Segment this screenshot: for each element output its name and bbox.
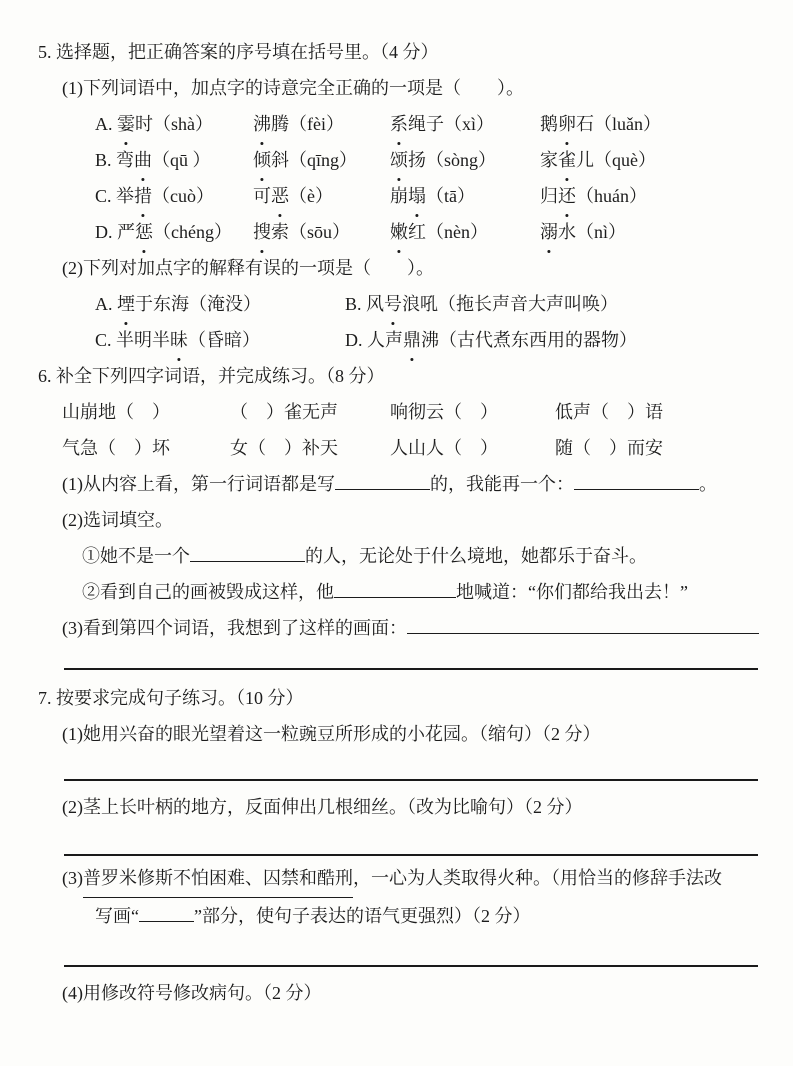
text-segment: D. 人声 [345,322,403,358]
q6-3-answer-line [64,668,758,670]
row-cell: 气急（ ）坏 [62,430,230,466]
q5-1-stem: (1)下列词语中，加点字的诗意完全正确的一项是（ ）。 [0,70,793,106]
text-segment: 石（luǎn） [576,106,661,142]
text-segment: B. 弯 [95,142,134,178]
text-segment: 时（shà） [135,106,213,142]
text-segment: 索（sōu） [271,214,350,250]
q7-1-answer-line [64,779,758,781]
text-segment: C. 半明半 [95,322,170,358]
dotted-text: 雀 [558,142,576,178]
text-segment: ②看到自己的画被毁成这样，他 [82,574,334,610]
text-segment: 响彻云（ ） [390,394,498,430]
exam-page: 5. 选择题，把正确答案的序号填在括号里。（4 分）(1)下列词语中，加点字的诗… [0,0,793,1066]
row-cell: 嫩红（nèn） [390,214,540,250]
text-segment: (2)下列对加点字的解释有误的一项是（ ）。 [62,250,434,286]
answer-blank [190,545,305,562]
text-segment: 女（ ）补天 [230,430,338,466]
text-segment: （è） [289,178,333,214]
q6-2-item-2: ②看到自己的画被毁成这样，他地喊道：“你们都给我出去！” [0,574,793,610]
answer-blank [334,581,456,598]
row-cell: 归还（huán） [540,178,759,214]
text-segment: 随（ ）而安 [555,430,663,466]
dotted-text: 号 [384,286,402,322]
text-segment: 扬（sòng） [408,142,496,178]
text-segment: D. 严 [95,214,135,250]
text-segment: 低声（ ）语 [555,394,663,430]
dotted-text: 昧 [170,322,188,358]
text-segment: 沸（古代煮东西用的器物） [421,322,637,358]
row-cell: 家雀儿（què） [540,142,759,178]
text-segment: B. 风 [345,286,384,322]
text-segment: 水（nì） [558,214,626,250]
row-cell: B. 风号浪吼（拖长声音大声叫唤） [345,286,759,322]
text-segment: (1)从内容上看，第一行词语都是写 [62,466,335,502]
text-segment: 儿（què） [576,142,656,178]
text-segment: 写画“ [95,898,139,934]
dotted-text: 系 [390,106,408,142]
text-segment: ①她不是一个 [82,538,190,574]
text-segment: 5. 选择题，把正确答案的序号填在括号里。（4 分） [38,34,439,70]
dotted-text: 霎 [117,106,135,142]
row-cell: 随（ ）而安 [555,430,759,466]
dotted-text: 曲 [134,142,152,178]
q5-1-option-c: C. 举措（cuò）可恶（è）崩塌（tā）归还（huán） [0,178,793,214]
text-segment: 家 [540,142,558,178]
text-segment: (2)选词填空。 [62,502,173,538]
row-cell: A. 堙于东海（淹没） [95,286,345,322]
text-segment: (1)下列词语中，加点字的诗意完全正确的一项是（ ）。 [62,70,524,106]
dotted-text: 搜 [253,214,271,250]
q5-1-option-d: D. 严惩（chéng）搜索（sōu）嫩红（nèn）溺水（nì） [0,214,793,250]
row-cell: 低声（ ）语 [555,394,759,430]
q5-2-options-cd: C. 半明半昧（昏暗）D. 人声鼎沸（古代煮东西用的器物） [0,322,793,358]
row-cell: 崩塌（tā） [390,178,540,214]
q5-2-options-ab: A. 堙于东海（淹没）B. 风号浪吼（拖长声音大声叫唤） [0,286,793,322]
text-segment: （cuò） [152,178,214,214]
text-segment: (3) [62,860,83,896]
row-cell: C. 半明半昧（昏暗） [95,322,345,358]
text-segment: （ ）雀无声 [230,394,338,430]
row-cell: 鹅卵石（luǎn） [540,106,759,142]
dotted-text: 恶 [271,178,289,214]
row-cell: 响彻云（ ） [390,394,555,430]
q7-2: (2)茎上长叶柄的地方，反面伸出几根细丝。（改为比喻句）（2 分） [0,789,793,825]
text-segment: 可 [253,178,271,214]
q6-words-row-1: 山崩地（ ）（ ）雀无声响彻云（ ）低声（ ）语 [0,394,793,430]
text-segment: A. [95,286,117,322]
text-segment: 。 [699,466,717,502]
row-cell: 可恶（è） [253,178,390,214]
text-segment: （qū ） [152,142,211,178]
q7-1: (1)她用兴奋的眼光望着这一粒豌豆所形成的小花园。（缩句）（2 分） [0,716,793,752]
row-cell: D. 严惩（chéng） [95,214,253,250]
row-cell: 沸腾（fèi） [253,106,390,142]
q7-header: 7. 按要求完成句子练习。（10 分） [0,680,793,716]
dotted-text: 堙 [117,286,135,322]
row-cell: 人山人（ ） [390,430,555,466]
text-segment: 的，我能再一个： [430,466,574,502]
q7-3-line-2: 写画“”部分，使句子表达的语气更强烈）（2 分） [0,898,793,934]
underlined-text: 普罗米修斯不怕困难、囚禁和酷刑 [83,860,353,898]
answer-blank [407,617,759,634]
text-segment: C. 举 [95,178,134,214]
dotted-text: 嫩 [390,214,408,250]
q7-3-line-1: (3)普罗米修斯不怕困难、囚禁和酷刑，一心为人类取得火种。（用恰当的修辞手法改 [0,860,793,898]
dotted-text: 鼎 [403,322,421,358]
q6-2-item-1: ①她不是一个的人，无论处于什么境地，她都乐于奋斗。 [0,538,793,574]
row-cell: 颂扬（sòng） [390,142,540,178]
q7-3-answer-line [64,965,758,967]
q6-1: (1)从内容上看，第一行词语都是写的，我能再一个：。 [0,466,793,502]
q7-4: (4)用修改符号修改病句。（2 分） [0,975,793,1011]
text-segment: 气急（ ）坏 [62,430,170,466]
q5-1-option-a: A. 霎时（shà）沸腾（fèi）系绳子（xì）鹅卵石（luǎn） [0,106,793,142]
dotted-text: 颂 [390,142,408,178]
dotted-text: 塌 [408,178,426,214]
text-segment: 鹅 [540,106,558,142]
text-segment: 于东海（淹没） [135,286,261,322]
dotted-text: 卵 [558,106,576,142]
q5-2-stem: (2)下列对加点字的解释有误的一项是（ ）。 [0,250,793,286]
text-segment: ”部分，使句子表达的语气更强烈）（2 分） [194,898,531,934]
text-segment: （昏暗） [188,322,260,358]
text-segment: （chéng） [153,214,232,250]
answer-blank [335,473,430,490]
dotted-text: 沸 [253,106,271,142]
text-segment: 7. 按要求完成句子练习。（10 分） [38,680,304,716]
text-segment: 斜（qīng） [271,142,357,178]
dotted-text: 溺 [540,214,558,250]
row-cell: 搜索（sōu） [253,214,390,250]
text-segment: 地喊道：“你们都给我出去！” [456,574,688,610]
text-segment: 崩 [390,178,408,214]
dotted-text: 还 [558,178,576,214]
q5-header: 5. 选择题，把正确答案的序号填在括号里。（4 分） [0,34,793,70]
text-segment: 红（nèn） [408,214,488,250]
text-segment: (2)茎上长叶柄的地方，反面伸出几根细丝。（改为比喻句）（2 分） [62,789,583,825]
text-segment: 的人，无论处于什么境地，她都乐于奋斗。 [305,538,647,574]
text-segment: 绳子（xì） [408,106,494,142]
row-cell: D. 人声鼎沸（古代煮东西用的器物） [345,322,759,358]
row-cell: B. 弯曲（qū ） [95,142,253,178]
q6-words-row-2: 气急（ ）坏女（ ）补天人山人（ ）随（ ）而安 [0,430,793,466]
text-segment: A. [95,106,117,142]
row-cell: 系绳子（xì） [390,106,540,142]
row-cell: A. 霎时（shà） [95,106,253,142]
text-segment: (3)看到第四个词语，我想到了这样的画面： [62,610,407,646]
text-segment: (1)她用兴奋的眼光望着这一粒豌豆所形成的小花园。（缩句）（2 分） [62,716,601,752]
text-segment: 6. 补全下列四字词语，并完成练习。（8 分） [38,358,385,394]
row-cell: C. 举措（cuò） [95,178,253,214]
answer-blank [139,905,194,922]
q6-2: (2)选词填空。 [0,502,793,538]
text-segment: 山崩地（ ） [62,394,170,430]
text-segment: （tā） [426,178,475,214]
row-cell: 倾斜（qīng） [253,142,390,178]
dotted-text: 倾 [253,142,271,178]
q6-header: 6. 补全下列四字词语，并完成练习。（8 分） [0,358,793,394]
dotted-text: 措 [134,178,152,214]
answer-blank [574,473,699,490]
text-segment: （huán） [576,178,647,214]
row-cell: 山崩地（ ） [62,394,230,430]
dotted-text: 惩 [135,214,153,250]
text-segment: (4)用修改符号修改病句。（2 分） [62,975,322,1011]
text-segment: 人山人（ ） [390,430,498,466]
row-cell: 女（ ）补天 [230,430,390,466]
text-segment: ，一心为人类取得火种。（用恰当的修辞手法改 [353,860,722,896]
text-segment: 归 [540,178,558,214]
q6-3: (3)看到第四个词语，我想到了这样的画面： [0,610,793,646]
q7-2-answer-line [64,854,758,856]
row-cell: （ ）雀无声 [230,394,390,430]
q5-1-option-b: B. 弯曲（qū ）倾斜（qīng）颂扬（sòng）家雀儿（què） [0,142,793,178]
row-cell: 溺水（nì） [540,214,759,250]
text-segment: 腾（fèi） [271,106,344,142]
text-segment: 浪吼（拖长声音大声叫唤） [402,286,618,322]
